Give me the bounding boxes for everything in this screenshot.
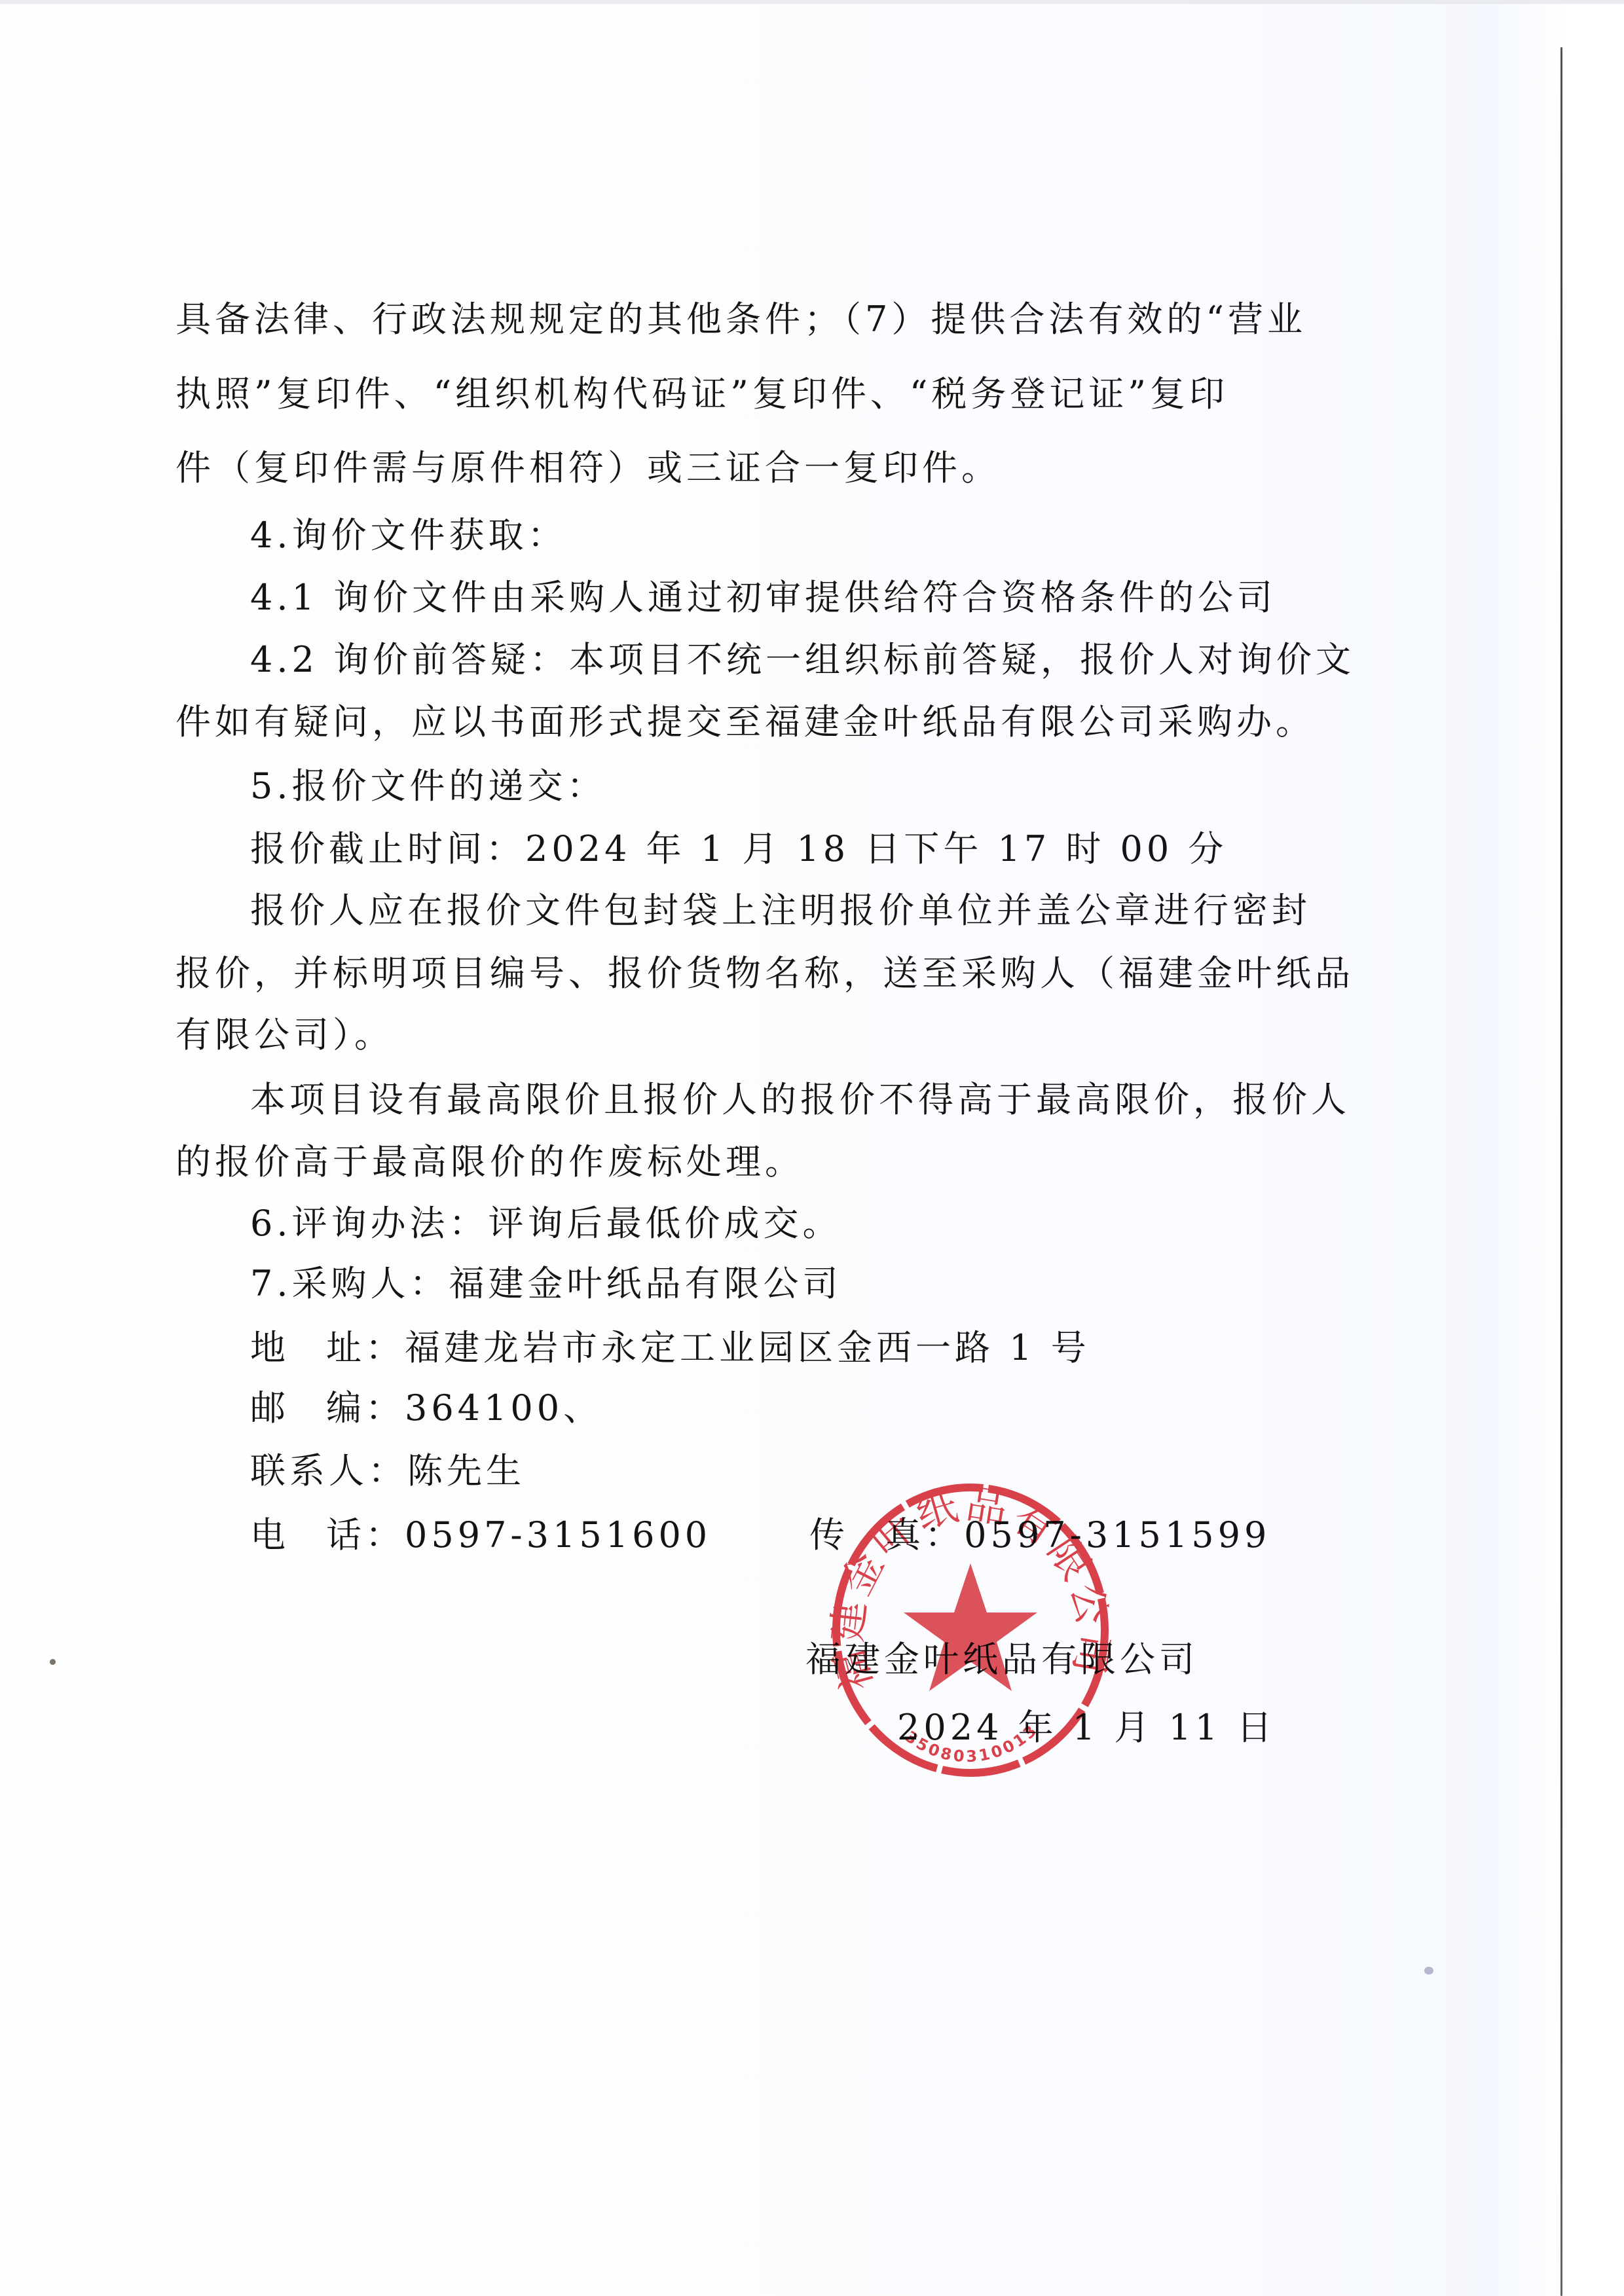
postcode-label: 邮	[250, 1387, 289, 1429]
postcode-line: 邮编：364100、	[250, 1385, 602, 1431]
section-heading: 4.询价文件获取：	[250, 513, 567, 558]
paragraph-line: 执照”复印件、“组织机构代码证”复印件、“税务登记证”复印	[175, 371, 1228, 417]
address-value: 福建龙岩市永定工业园区金西一路 1 号	[405, 1327, 1090, 1368]
address-line: 地址：福建龙岩市永定工业园区金西一路 1 号	[250, 1325, 1090, 1371]
paragraph-line: 件如有疑问，应以书面形式提交至福建金叶纸品有限公司采购办。	[175, 699, 1315, 745]
paragraph-line: 件（复印件需与原件相符）或三证合一复印件。	[175, 445, 1001, 491]
address-label: 地	[250, 1327, 289, 1368]
deadline-line: 报价截止时间：2024 年 1 月 18 日下午 17 时 00 分	[250, 826, 1227, 872]
contact-name: 陈先生	[407, 1450, 525, 1491]
paragraph-line: 4.2 询价前答疑：本项目不统一组织标前答疑，报价人对询价文	[250, 637, 1355, 683]
paragraph-line: 具备法律、行政法规规定的其他条件；（7）提供合法有效的“营业	[175, 297, 1306, 342]
scan-speck	[1424, 1967, 1433, 1975]
scan-speck	[50, 1659, 56, 1665]
contact-person-line: 联系人：陈先生	[250, 1448, 525, 1494]
paragraph-line: 4.1 询价文件由采购人通过初审提供给符合资格条件的公司	[250, 575, 1276, 621]
paragraph-line: 报价，并标明项目编号、报价货物名称，送至采购人（福建金叶纸品	[175, 951, 1354, 996]
scan-top-edge	[0, 0, 1624, 4]
fax-label: 传	[809, 1514, 849, 1556]
signature-company: 福建金叶纸品有限公司	[805, 1637, 1198, 1683]
document-page: 具备法律、行政法规规定的其他条件；（7）提供合法有效的“营业 执照”复印件、“组…	[0, 0, 1624, 2296]
address-label: 址：	[326, 1327, 405, 1368]
section-heading: 5.报价文件的递交：	[250, 763, 606, 809]
postcode-value: 364100、	[405, 1387, 602, 1429]
paragraph-line: 的报价高于最高限价的作废标处理。	[175, 1139, 804, 1185]
postcode-label: 编：	[326, 1387, 405, 1429]
contact-label: 联系人：	[250, 1450, 407, 1491]
signature-date: 2024 年 1 月 11 日	[897, 1705, 1276, 1751]
paragraph-line: 报价人应在报价文件包封袋上注明报价单位并盖公章进行密封	[250, 888, 1311, 934]
phone-value: 0597-3151600	[405, 1514, 711, 1556]
paragraph-line: 有限公司）。	[175, 1012, 394, 1058]
phone-label: 话：	[326, 1514, 405, 1556]
fax-label: 真：	[885, 1514, 964, 1556]
phone-label: 电	[250, 1514, 289, 1556]
section-heading: 7.采购人：福建金叶纸品有限公司	[250, 1261, 842, 1307]
phone-fax-line: 电话：0597-3151600传真：0597-3151599	[250, 1512, 1270, 1558]
scan-right-edge-line	[1560, 47, 1562, 2296]
fax-value: 0597-3151599	[964, 1514, 1270, 1556]
paragraph-line: 本项目设有最高限价且报价人的报价不得高于最高限价，报价人	[250, 1077, 1350, 1123]
section-heading: 6.评询办法：评询后最低价成交。	[250, 1201, 842, 1247]
